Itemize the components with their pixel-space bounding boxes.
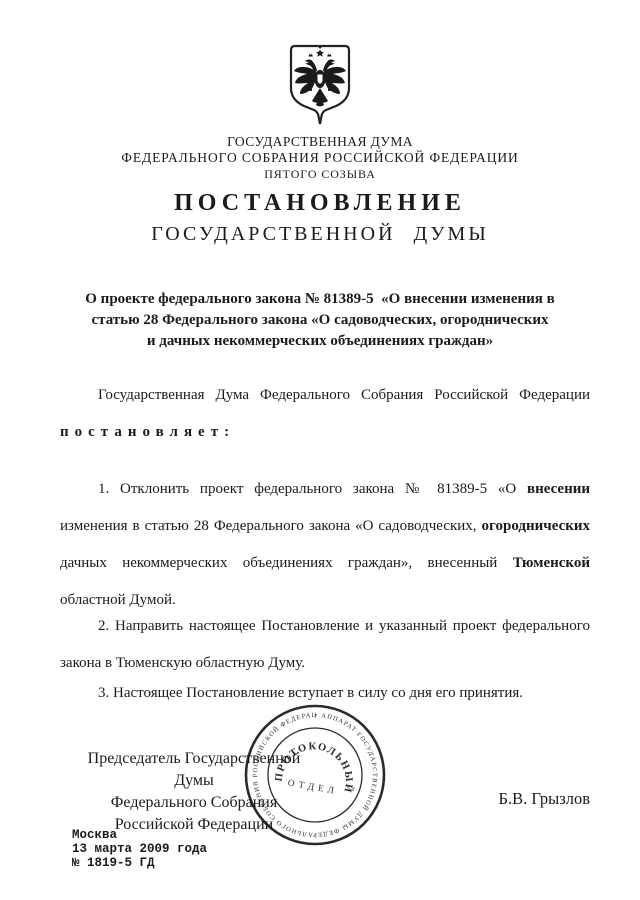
- document-page: ГОСУДАРСТВЕННАЯ ДУМА ФЕДЕРАЛЬНОГО СОБРАН…: [0, 0, 640, 900]
- item1-line1-text: 1. Отклонить проект федерального закона …: [98, 481, 516, 497]
- item1-line1: 1. Отклонить проект федерального закона …: [60, 471, 590, 508]
- coat-of-arms-icon: [286, 43, 354, 135]
- protocol-department-stamp: • АППАРАТ ГОСУДАРСТВЕННОЙ ДУМЫ ФЕДЕРАЛЬН…: [242, 702, 388, 848]
- org-name-line2: ФЕДЕРАЛЬНОГО СОБРАНИЯ РОССИЙСКОЙ ФЕДЕРАЦ…: [0, 150, 640, 166]
- item1-line3-text: дачных некоммерческих объединениях гражд…: [60, 555, 497, 571]
- document-title: ПОСТАНОВЛЕНИЕ: [0, 190, 640, 217]
- item1-line2-text: изменения в статью 28 Федерального закон…: [60, 518, 477, 534]
- stamp-inner-text: ПРОТОКОЛЬНЫЙ ОТДЕЛ: [272, 735, 361, 800]
- item1-line2: изменения в статью 28 Федерального закон…: [60, 508, 590, 545]
- stamp-outer-ring: [246, 706, 384, 844]
- org-name-line3: ПЯТОГО СОЗЫВА: [0, 167, 640, 182]
- subject-line2: статью 28 Федерального закона «О садовод…: [40, 310, 600, 331]
- svg-text:• АППАРАТ ГОСУДАРСТВЕННОЙ ДУМЫ: • АППАРАТ ГОСУДАРСТВЕННОЙ ДУМЫ ФЕДЕРАЛЬН…: [242, 702, 378, 838]
- preamble-paragraph: Государственная Дума Федерального Собран…: [60, 377, 590, 451]
- stamp-ring-text: • АППАРАТ ГОСУДАРСТВЕННОЙ ДУМЫ ФЕДЕРАЛЬН…: [242, 702, 378, 838]
- decree-word: постановляет:: [60, 424, 235, 440]
- issuance-city: Москва: [72, 828, 207, 842]
- signatory-name: Б.В. Грызлов: [430, 789, 590, 809]
- org-name-line1: ГОСУДАРСТВЕННАЯ ДУМА: [0, 134, 640, 150]
- subject-line1: О проекте федерального закона № 81389-5 …: [40, 289, 600, 310]
- stamp-center-text: ОТДЕЛ: [287, 778, 339, 797]
- item1-line3-bold: Тюменской: [513, 555, 590, 571]
- preamble-line1: Государственная Дума Федерального Собран…: [60, 377, 590, 414]
- subject-heading: О проекте федерального закона № 81389-5 …: [40, 289, 600, 352]
- item2-line1: 2. Направить настоящее Постановление и у…: [60, 608, 590, 645]
- item-2-paragraph: 2. Направить настоящее Постановление и у…: [60, 608, 590, 682]
- issuance-number: № 1819-5 ГД: [72, 856, 207, 870]
- document-subtitle: ГОСУДАРСТВЕННОЙ ДУМЫ: [0, 223, 640, 246]
- subject-line3: и дачных некоммерческих объединениях гра…: [40, 331, 600, 352]
- item-1-paragraph: 1. Отклонить проект федерального закона …: [60, 471, 590, 619]
- issuance-block: Москва 13 марта 2009 года № 1819-5 ГД: [72, 828, 207, 870]
- item1-line1-bold: внесении: [527, 481, 590, 497]
- issuance-date: 13 марта 2009 года: [72, 842, 207, 856]
- item1-line3: дачных некоммерческих объединениях гражд…: [60, 545, 590, 582]
